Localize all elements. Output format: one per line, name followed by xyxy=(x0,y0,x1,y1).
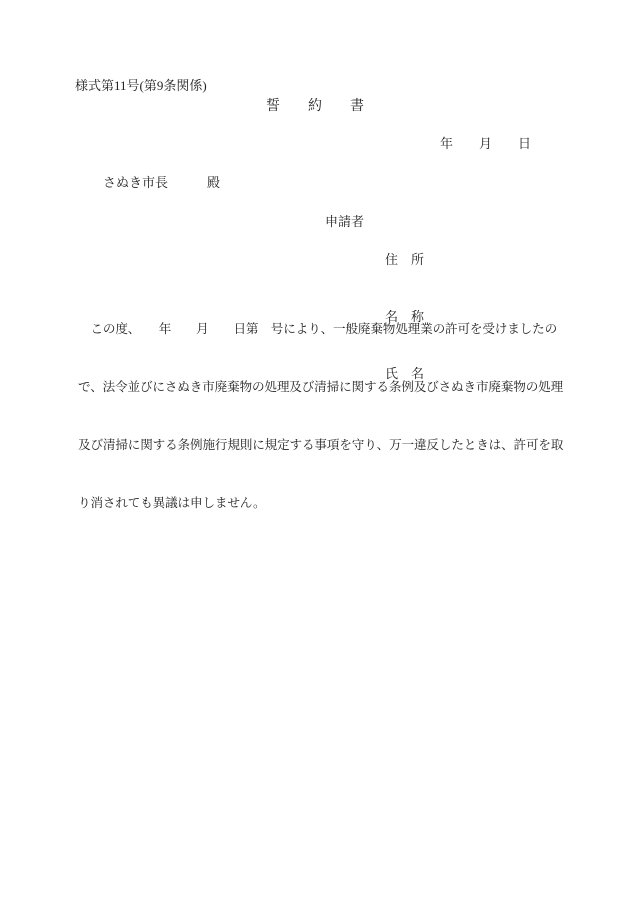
applicant-field-address: 住 所 xyxy=(385,250,424,269)
pledge-form-page: 様式第11号(第9条関係) 誓 約 書 年 月 日 さぬき市長 殿 申請者 住 … xyxy=(0,0,630,903)
document-title: 誓 約 書 xyxy=(0,98,630,115)
body-line-3: 及び清掃に関する条例施行規則に規定する事項を守り、万一違反したときは、許可を取 xyxy=(78,436,570,455)
body-line-1: この度、 年 月 日第 号により、一般廃棄物処理業の許可を受けましたの xyxy=(78,320,570,339)
form-number-label: 様式第11号(第9条関係) xyxy=(75,78,207,94)
body-line-2: で、法令並びにさぬき市廃棄物の処理及び清掃に関する条例及びさぬき市廃棄物の処理 xyxy=(78,378,570,397)
body-line-4: り消されても異議は申しません。 xyxy=(78,494,570,513)
applicant-label: 申請者 xyxy=(325,212,364,231)
addressee-line: さぬき市長 殿 xyxy=(103,175,220,191)
date-line: 年 月 日 xyxy=(440,136,531,152)
body-paragraph: この度、 年 月 日第 号により、一般廃棄物処理業の許可を受けましたの で、法令… xyxy=(78,281,570,553)
